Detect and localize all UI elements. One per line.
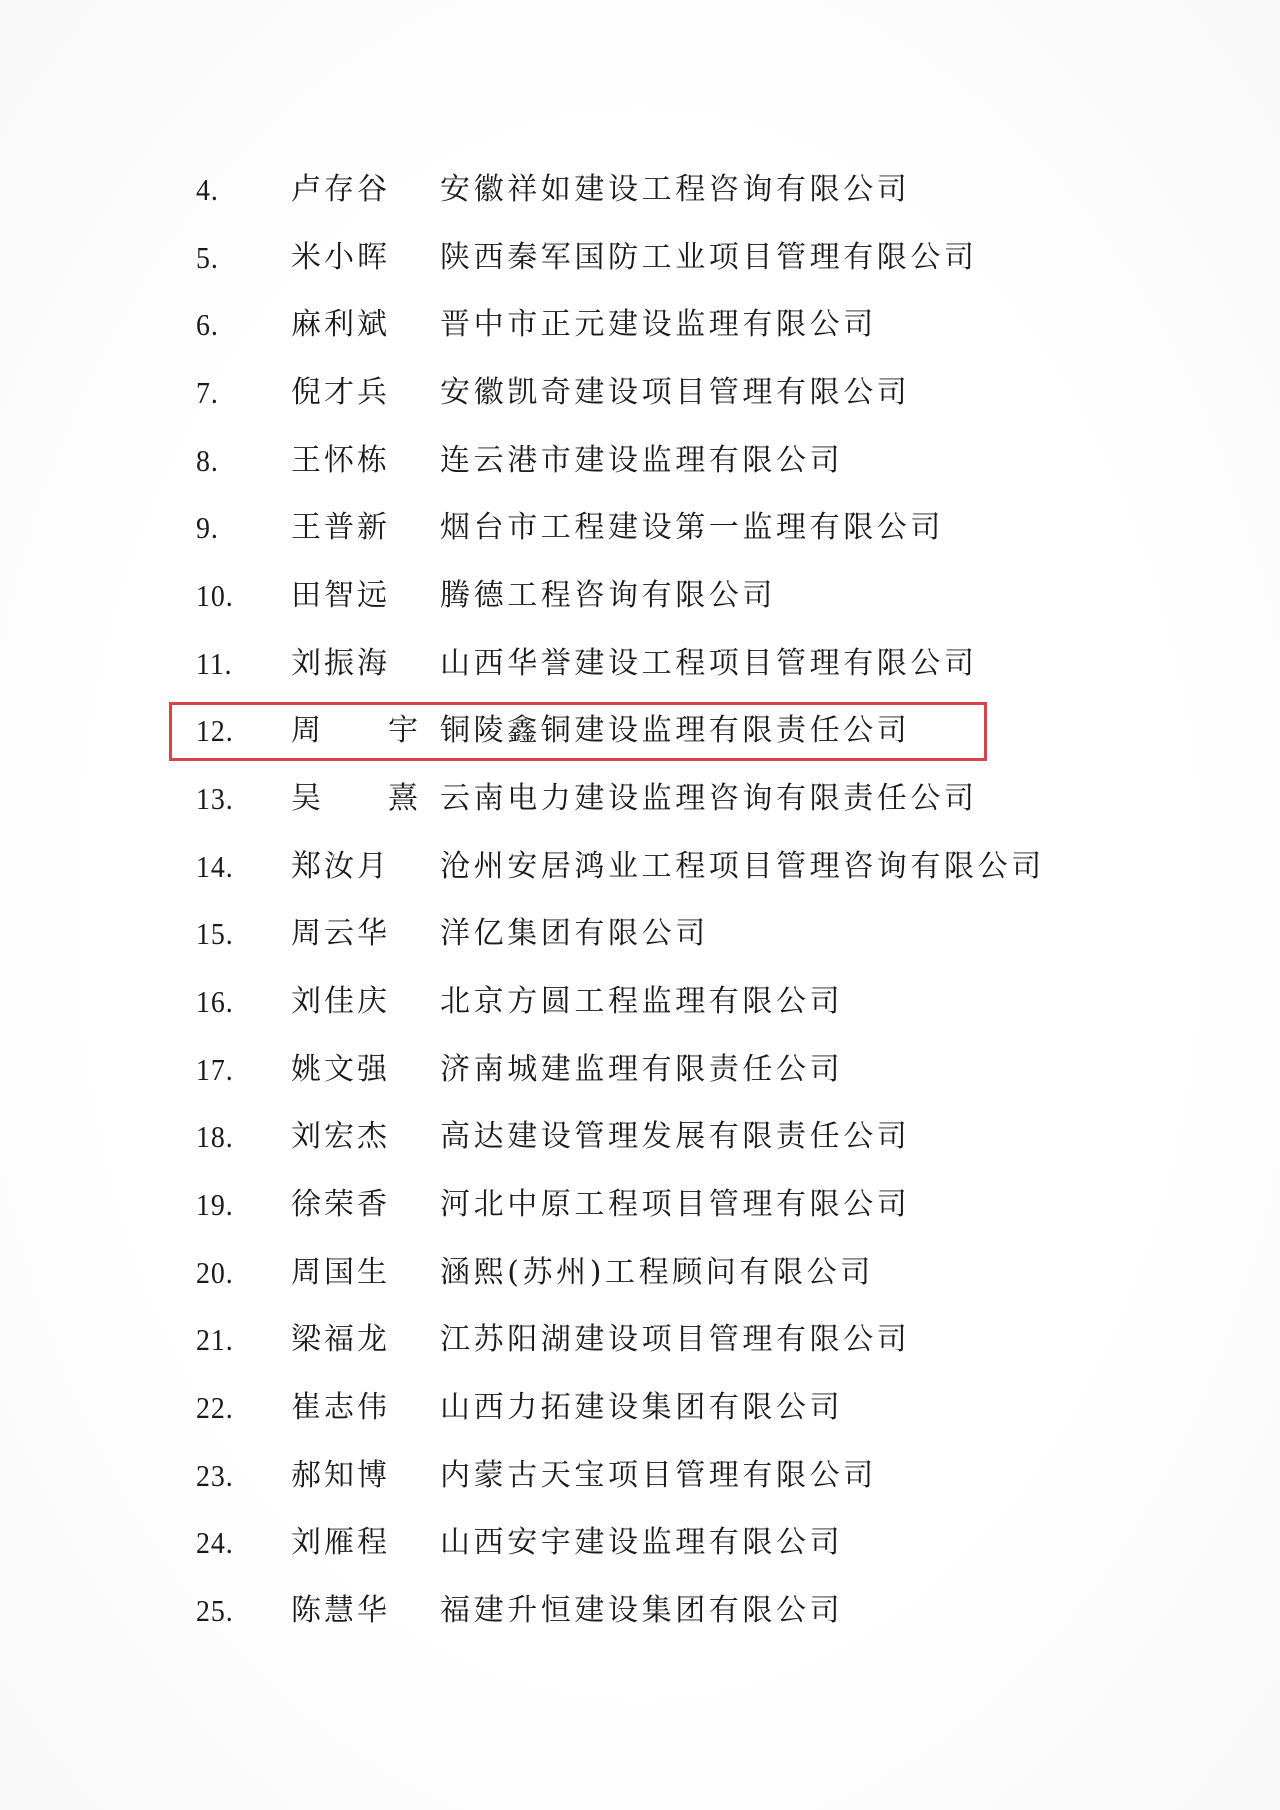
list-item: 25. 陈慧华 福建升恒建设集团有限公司 [0,1581,1280,1641]
item-number: 11. [196,634,233,694]
company-name: 连云港市建设监理有限公司 [440,431,843,491]
person-name: 徐荣香 [291,1175,390,1235]
item-number: 20. [196,1243,234,1303]
person-name: 刘宏杰 [291,1107,390,1167]
document-page: 4. 卢存谷 安徽祥如建设工程咨询有限公司 5. 米小晖 陕西秦军国防工业项目管… [0,0,1280,1810]
company-name: 涵熙(苏州)工程顾问有限公司 [440,1243,874,1303]
item-number: 5. [196,228,219,288]
list-item: 7. 倪才兵 安徽凯奇建设项目管理有限公司 [0,363,1280,423]
person-name: 梁福龙 [291,1310,390,1370]
list-item: 13. 吴熹 云南电力建设监理咨询有限责任公司 [0,769,1280,829]
item-number: 16. [196,972,234,1032]
person-name: 刘振海 [291,634,390,694]
company-name: 腾德工程咨询有限公司 [440,566,776,626]
item-number: 15. [196,904,234,964]
list-item-highlighted: 12. 周宇 铜陵鑫铜建设监理有限责任公司 [0,701,1280,761]
company-name: 烟台市工程建设第一监理有限公司 [440,498,944,558]
company-name: 安徽祥如建设工程咨询有限公司 [440,160,910,220]
company-name: 山西华誉建设工程项目管理有限公司 [440,634,978,694]
person-name: 吴熹 [291,769,421,829]
person-name: 周国生 [291,1243,390,1303]
item-number: 21. [196,1310,234,1370]
list-item: 8. 王怀栋 连云港市建设监理有限公司 [0,431,1280,491]
list-item: 5. 米小晖 陕西秦军国防工业项目管理有限公司 [0,228,1280,288]
company-name: 沧州安居鸿业工程项目管理咨询有限公司 [440,837,1045,897]
list-item: 10. 田智远 腾德工程咨询有限公司 [0,566,1280,626]
list-item: 21. 梁福龙 江苏阳湖建设项目管理有限公司 [0,1310,1280,1370]
person-name: 崔志伟 [291,1378,390,1438]
list-item: 17. 姚文强 济南城建监理有限责任公司 [0,1040,1280,1100]
list-item: 16. 刘佳庆 北京方圆工程监理有限公司 [0,972,1280,1032]
item-number: 18. [196,1107,234,1167]
company-name: 安徽凯奇建设项目管理有限公司 [440,363,910,423]
list-item: 18. 刘宏杰 高达建设管理发展有限责任公司 [0,1107,1280,1167]
name-char: 吴 [291,769,324,829]
item-number: 4. [196,160,219,220]
item-number: 10. [196,566,234,626]
list-item: 22. 崔志伟 山西力拓建设集团有限公司 [0,1378,1280,1438]
company-name: 晋中市正元建设监理有限公司 [440,295,877,355]
list-item: 24. 刘雁程 山西安宇建设监理有限公司 [0,1513,1280,1573]
company-name: 河北中原工程项目管理有限公司 [440,1175,910,1235]
item-number: 24. [196,1513,234,1573]
item-number: 22. [196,1378,234,1438]
person-name: 麻利斌 [291,295,390,355]
name-char: 宇 [388,701,421,761]
list-item: 19. 徐荣香 河北中原工程项目管理有限公司 [0,1175,1280,1235]
item-number: 25. [196,1581,234,1641]
person-name: 米小晖 [291,228,390,288]
person-name: 陈慧华 [291,1581,390,1641]
person-name: 姚文强 [291,1040,390,1100]
person-name: 卢存谷 [291,160,390,220]
person-name: 周云华 [291,904,390,964]
person-name: 王普新 [291,498,390,558]
list-item: 4. 卢存谷 安徽祥如建设工程咨询有限公司 [0,160,1280,220]
list-item: 6. 麻利斌 晋中市正元建设监理有限公司 [0,295,1280,355]
company-name: 洋亿集团有限公司 [440,904,709,964]
name-char: 熹 [388,769,421,829]
item-number: 14. [196,837,234,897]
company-name: 内蒙古天宝项目管理有限公司 [440,1446,877,1506]
list-item: 14. 郑汝月 沧州安居鸿业工程项目管理咨询有限公司 [0,837,1280,897]
item-number: 8. [196,431,219,491]
list-item: 9. 王普新 烟台市工程建设第一监理有限公司 [0,498,1280,558]
item-number: 13. [196,769,234,829]
company-name: 山西力拓建设集团有限公司 [440,1378,843,1438]
person-name: 刘佳庆 [291,972,390,1032]
company-name: 江苏阳湖建设项目管理有限公司 [440,1310,910,1370]
item-number: 6. [196,295,219,355]
list-item: 11. 刘振海 山西华誉建设工程项目管理有限公司 [0,634,1280,694]
person-name: 倪才兵 [291,363,390,423]
list-item: 20. 周国生 涵熙(苏州)工程顾问有限公司 [0,1243,1280,1303]
company-name: 福建升恒建设集团有限公司 [440,1581,843,1641]
list-item: 23. 郝知博 内蒙古天宝项目管理有限公司 [0,1446,1280,1506]
person-name: 周宇 [291,701,421,761]
item-number: 17. [196,1040,234,1100]
company-name: 铜陵鑫铜建设监理有限责任公司 [440,701,910,761]
item-number: 12. [196,701,234,761]
item-number: 19. [196,1175,234,1235]
item-number: 7. [196,363,219,423]
company-name: 高达建设管理发展有限责任公司 [440,1107,910,1167]
company-name: 山西安宇建设监理有限公司 [440,1513,843,1573]
company-name: 陕西秦军国防工业项目管理有限公司 [440,228,978,288]
name-char: 周 [291,701,324,761]
company-name: 济南城建监理有限责任公司 [440,1040,843,1100]
person-name: 郑汝月 [291,837,390,897]
person-name: 刘雁程 [291,1513,390,1573]
company-name: 云南电力建设监理咨询有限责任公司 [440,769,978,829]
person-name: 郝知博 [291,1446,390,1506]
person-name: 田智远 [291,566,390,626]
company-name: 北京方圆工程监理有限公司 [440,972,843,1032]
list-item: 15. 周云华 洋亿集团有限公司 [0,904,1280,964]
item-number: 23. [196,1446,234,1506]
person-name: 王怀栋 [291,431,390,491]
item-number: 9. [196,498,219,558]
